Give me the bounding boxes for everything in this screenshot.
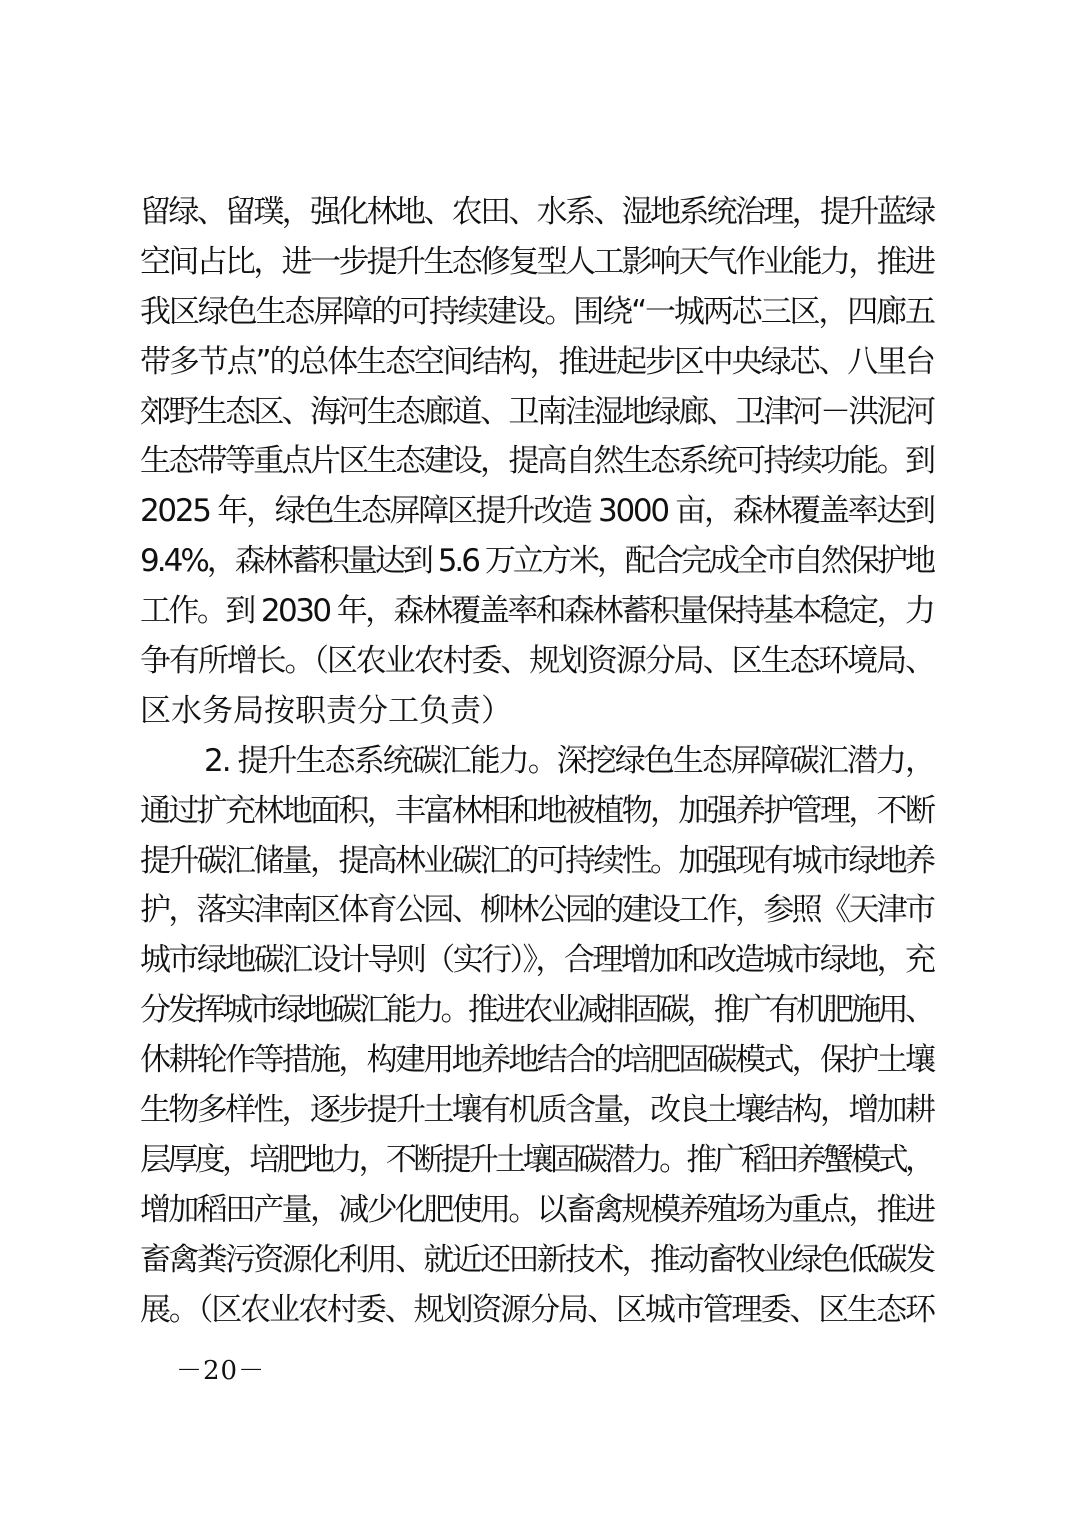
text-line: 生物多样性，逐步提升土壤有机质含量，改良土壤结构，增加耕 (140, 1086, 936, 1136)
text-line: 休耕轮作等措施，构建用地养地结合的培肥固碳模式，保护土壤 (140, 1036, 936, 1086)
text-line-paragraph-end: 区水务局按职责分工负责） (140, 687, 936, 737)
text-line: 2025 年，绿色生态屏障区提升改造 3000 亩，森林覆盖率达到 (140, 487, 936, 537)
section-heading-line: 2. 提升生态系统碳汇能力。深挖绿色生态屏障碳汇潜力， (140, 737, 936, 787)
document-page: 留绿、留璞，强化林地、农田、水系、湿地系统治理，提升蓝绿 空间占比，进一步提升生… (0, 0, 1074, 1520)
text-line: 空间占比，进一步提升生态修复型人工影响天气作业能力，推进 (140, 238, 936, 288)
text-line: 工作。到 2030 年，森林覆盖率和森林蓄积量保持基本稳定，力 (140, 587, 936, 637)
text-line: 我区绿色生态屏障的可持续建设。围绕“一城两芯三区，四廊五 (140, 288, 936, 338)
text-line: 生态带等重点片区生态建设，提高自然生态系统可持续功能。到 (140, 437, 936, 487)
text-line: 城市绿地碳汇设计导则（实行）》，合理增加和改造城市绿地，充 (140, 936, 936, 986)
text-line: 展。（区农业农村委、规划资源分局、区城市管理委、区生态环 (140, 1286, 936, 1336)
text-line: 增加稻田产量，减少化肥使用。以畜禽规模养殖场为重点，推进 (140, 1186, 936, 1236)
text-line: 提升碳汇储量，提高林业碳汇的可持续性。加强现有城市绿地养 (140, 837, 936, 887)
text-line: 通过扩充林地面积，丰富林相和地被植物，加强养护管理，不断 (140, 787, 936, 837)
body-text: 留绿、留璞，强化林地、农田、水系、湿地系统治理，提升蓝绿 空间占比，进一步提升生… (140, 188, 936, 1335)
text-line: 9.4%，森林蓄积量达到 5.6 万立方米，配合完成全市自然保护地 (140, 537, 936, 587)
page-number: －20－ (176, 1350, 265, 1387)
text-line: 争有所增长。（区农业农村委、规划资源分局、区生态环境局、 (140, 637, 936, 687)
text-line: 郊野生态区、海河生态廊道、卫南洼湿地绿廊、卫津河－洪泥河 (140, 388, 936, 438)
text-line: 层厚度，培肥地力，不断提升土壤固碳潜力。推广稻田养蟹模式， (140, 1136, 936, 1186)
text-line: 留绿、留璞，强化林地、农田、水系、湿地系统治理，提升蓝绿 (140, 188, 936, 238)
text-line: 畜禽粪污资源化利用、就近还田新技术，推动畜牧业绿色低碳发 (140, 1236, 936, 1286)
text-line: 护，落实津南区体育公园、柳林公园的建设工作，参照《天津市 (140, 886, 936, 936)
text-line: 分发挥城市绿地碳汇能力。推进农业减排固碳，推广有机肥施用、 (140, 986, 936, 1036)
text-line: 带多节点”的总体生态空间结构，推进起步区中央绿芯、八里台 (140, 338, 936, 388)
